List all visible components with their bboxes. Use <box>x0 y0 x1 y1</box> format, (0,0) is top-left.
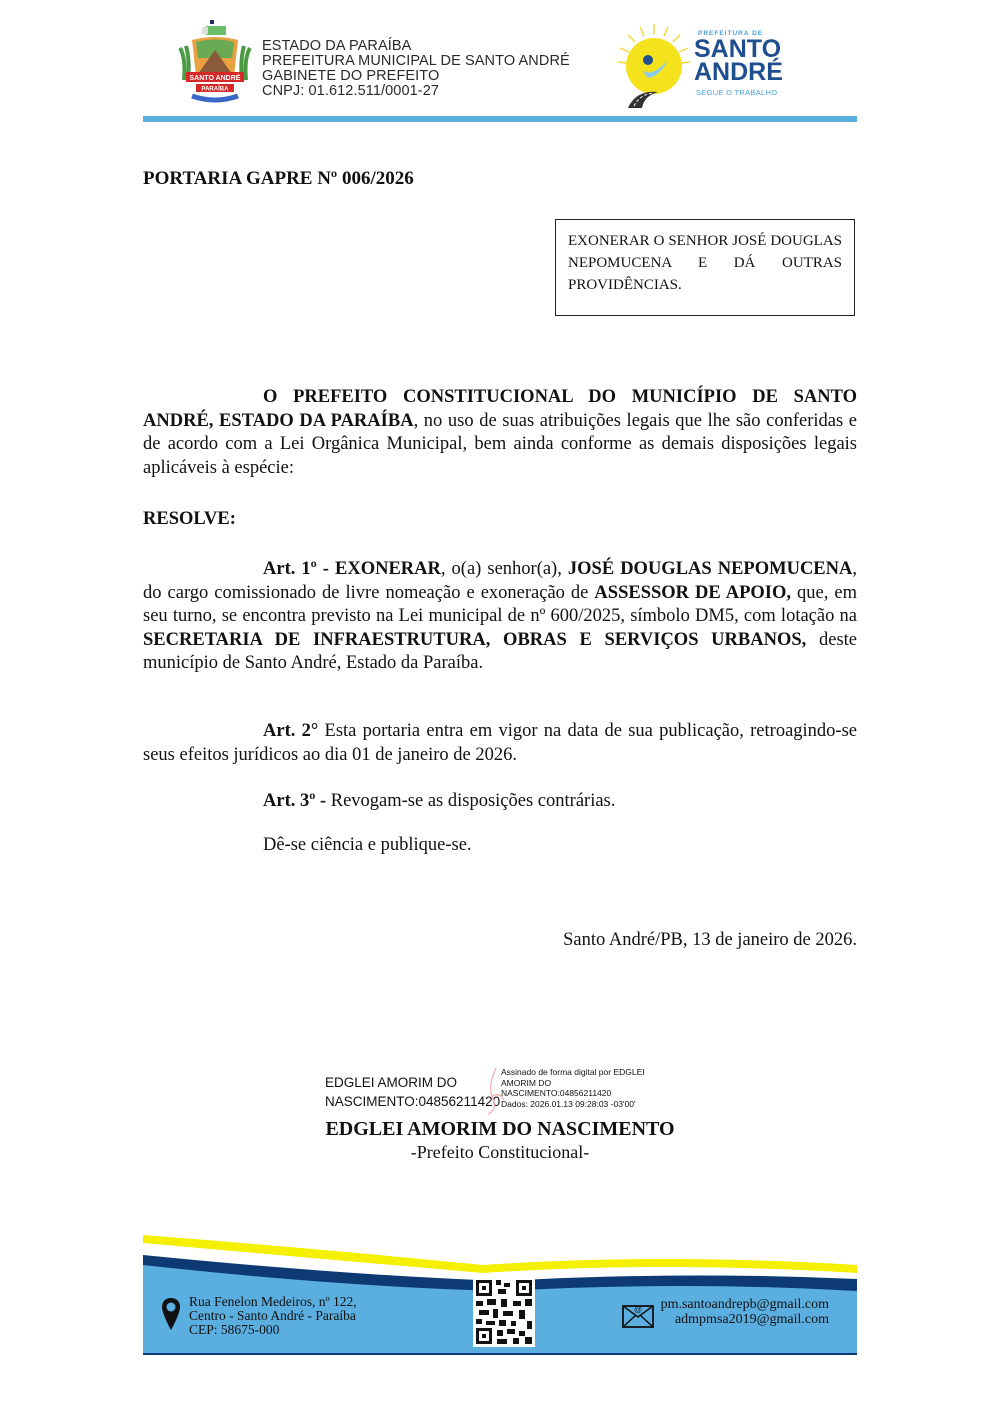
article-1-label: Art. 1º - EXONERAR <box>143 559 441 579</box>
department-name: SECRETARIA DE INFRAESTRUTURA, OBRAS E SE… <box>143 630 806 650</box>
footer-emails: pm.santoandrepb@gmail.com admpmsa2019@gm… <box>661 1297 829 1327</box>
letterhead-footer: Rua Fenelon Medeiros, nº 122, Centro - S… <box>143 1225 857 1355</box>
letterhead-text: ESTADO DA PARAÍBA PREFEITURA MUNICIPAL D… <box>262 39 570 99</box>
office-name: GABINETE DO PREFEITO <box>262 69 570 84</box>
coat-of-arms-icon: SANTO ANDRÉ PARAÍBA <box>172 18 258 104</box>
letterhead: SANTO ANDRÉ PARAÍBA ESTADO DA PARAÍBA PR… <box>0 16 1000 116</box>
email-link[interactable]: admpmsa2019@gmail.com <box>661 1312 829 1327</box>
sun-road-logo-icon <box>614 20 694 110</box>
cnpj: CNPJ: 01.612.511/0001-27 <box>262 84 570 99</box>
article-3: Art. 3º - Revogam-se as disposições cont… <box>143 790 857 814</box>
employee-name: JOSÉ DOUGLAS NEPOMUCENA <box>568 559 852 579</box>
map-pin-icon <box>161 1297 181 1331</box>
brand-tagline: SEGUE O TRABALHO <box>696 88 777 97</box>
article-2-label: Art. 2° <box>143 721 318 741</box>
position-name: ASSESSOR DE APOIO, <box>594 583 791 603</box>
digital-signature-details: Assinado de forma digital por EDGLEI AMO… <box>501 1067 645 1109</box>
place-and-date: Santo André/PB, 13 de janeiro de 2026. <box>563 930 857 951</box>
qr-code-icon[interactable] <box>473 1277 535 1347</box>
svg-text:@: @ <box>634 1305 642 1314</box>
closing-line: Dê-se ciência e publique-se. <box>143 834 857 858</box>
signatory-role: -Prefeito Constitucional- <box>0 1142 1000 1163</box>
article-2: Art. 2° Esta portaria entra em vigor na … <box>143 720 857 767</box>
brand-name: SANTO ANDRÉ <box>694 38 783 84</box>
svg-text:SANTO ANDRÉ: SANTO ANDRÉ <box>190 73 241 82</box>
ementa-box: EXONERAR O SENHOR JOSÉ DOUGLAS NEPOMUCEN… <box>555 219 855 316</box>
envelope-icon: @ <box>622 1300 654 1328</box>
prefecture-name: PREFEITURA MUNICIPAL DE SANTO ANDRÉ <box>262 54 570 69</box>
digital-signature-signer: EDGLEI AMORIM DO NASCIMENTO:04856211420 <box>325 1073 500 1111</box>
header-divider <box>143 116 857 122</box>
footer-address: Rua Fenelon Medeiros, nº 122, Centro - S… <box>189 1295 357 1337</box>
svg-text:PARAÍBA: PARAÍBA <box>202 85 230 93</box>
article-3-label: Art. 3º - <box>143 791 326 811</box>
resolve-heading: RESOLVE: <box>143 509 236 530</box>
prefecture-brand-logo: PREFEITURA DE SANTO ANDRÉ SEGUE O TRABAL… <box>614 20 794 110</box>
preamble-paragraph: O PREFEITO CONSTITUCIONAL DO MUNICÍPIO D… <box>143 386 857 480</box>
signatory-name: EDGLEI AMORIM DO NASCIMENTO <box>0 1118 1000 1141</box>
document-title: PORTARIA GAPRE Nº 006/2026 <box>143 168 414 190</box>
state-name: ESTADO DA PARAÍBA <box>262 39 570 54</box>
email-link[interactable]: pm.santoandrepb@gmail.com <box>661 1297 829 1312</box>
article-1: Art. 1º - EXONERAR, o(a) senhor(a), JOSÉ… <box>143 558 857 676</box>
